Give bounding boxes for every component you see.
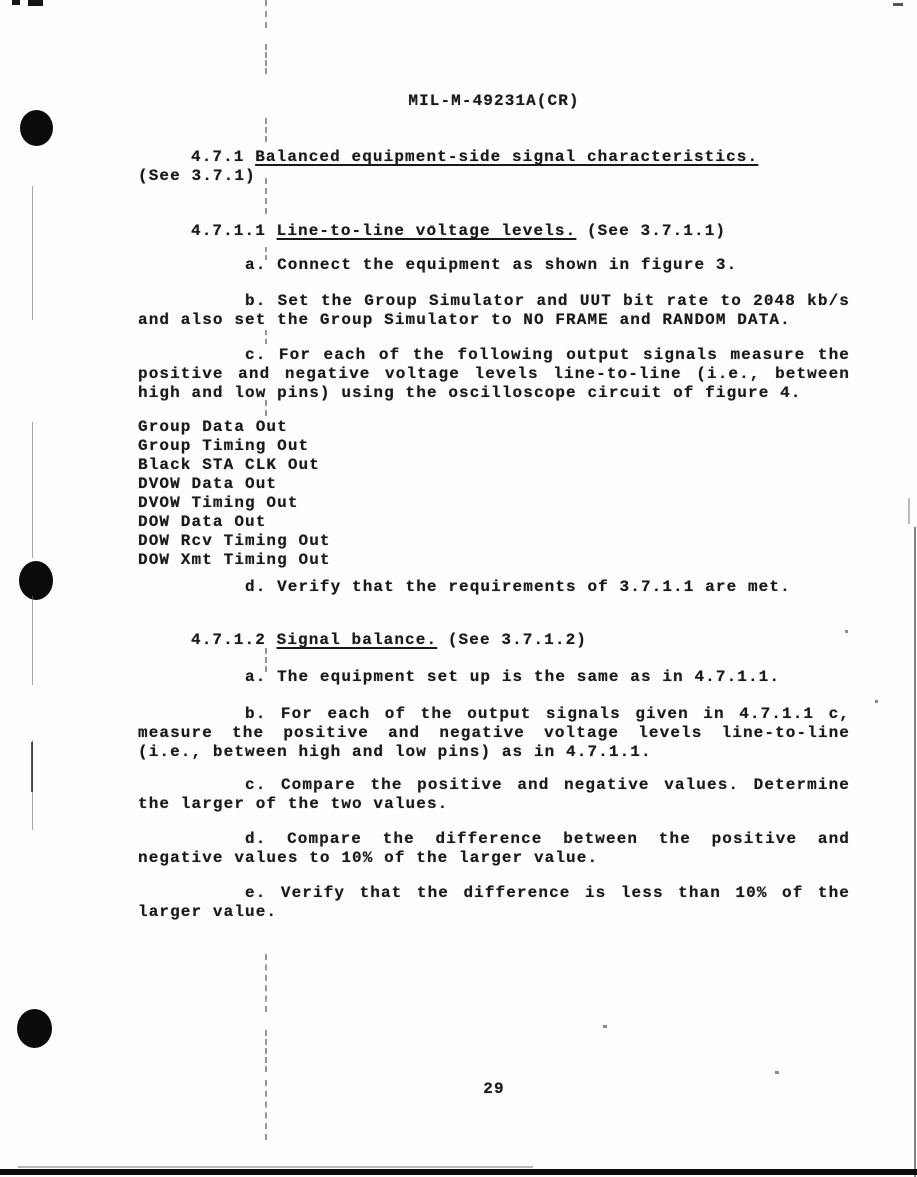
section-heading-4-7-1: 4.7.1 Balanced equipment-side signal cha… bbox=[138, 148, 850, 186]
left-margin-line bbox=[32, 186, 33, 320]
left-margin-line bbox=[31, 742, 33, 792]
see-reference: (See 3.7.1.2) bbox=[448, 631, 587, 649]
signal-item: Black STA CLK Out bbox=[138, 456, 850, 475]
section-title: Line-to-line voltage levels. bbox=[277, 222, 577, 240]
section-heading-4-7-1-2: 4.7.1.2 Signal balance. (See 3.7.1.2) bbox=[138, 631, 850, 650]
bottom-scan-bar bbox=[0, 1169, 917, 1175]
center-fold-line bbox=[265, 44, 267, 74]
see-reference: (See 3.7.1) bbox=[138, 167, 256, 185]
page-number: 29 bbox=[138, 1080, 850, 1099]
signal-item: DOW Data Out bbox=[138, 513, 850, 532]
signal-item: Group Data Out bbox=[138, 418, 850, 437]
scanned-document-page: MIL-M-49231A(CR) 4.7.1 Balanced equipmen… bbox=[0, 0, 917, 1177]
step-paragraph-c: c. For each of the following output sign… bbox=[138, 346, 850, 403]
scan-speck bbox=[875, 700, 878, 703]
center-fold-line bbox=[265, 0, 267, 28]
step-paragraph-b: b. For each of the output signals given … bbox=[138, 705, 850, 762]
step-paragraph-a: a. The equipment set up is the same as i… bbox=[138, 668, 850, 687]
signal-item: Group Timing Out bbox=[138, 437, 850, 456]
right-scan-edge-line bbox=[914, 527, 916, 1177]
step-paragraph-e: e. Verify that the difference is less th… bbox=[138, 884, 850, 922]
signal-item: DOW Rcv Timing Out bbox=[138, 532, 850, 551]
corner-mark bbox=[28, 0, 43, 6]
section-number: 4.7.1.2 bbox=[191, 631, 266, 649]
step-paragraph-d: d. Verify that the requirements of 3.7.1… bbox=[138, 578, 850, 597]
section-number: 4.7.1 bbox=[191, 148, 245, 166]
step-paragraph-d: d. Compare the difference between the po… bbox=[138, 830, 850, 868]
document-body: MIL-M-49231A(CR) 4.7.1 Balanced equipmen… bbox=[138, 92, 850, 1099]
section-heading-4-7-1-1: 4.7.1.1 Line-to-line voltage levels. (Se… bbox=[138, 222, 850, 241]
section-title: Balanced equipment-side signal character… bbox=[255, 148, 758, 166]
scan-speck bbox=[908, 498, 910, 524]
see-reference: (See 3.7.1.1) bbox=[587, 222, 726, 240]
signal-item: DVOW Timing Out bbox=[138, 494, 850, 513]
signal-item: DVOW Data Out bbox=[138, 475, 850, 494]
corner-mark bbox=[12, 0, 20, 5]
hole-punch-mark bbox=[19, 561, 53, 600]
step-paragraph-c: c. Compare the positive and negative val… bbox=[138, 776, 850, 814]
doc-header: MIL-M-49231A(CR) bbox=[138, 92, 850, 111]
signal-list: Group Data Out Group Timing Out Black ST… bbox=[138, 418, 850, 570]
hole-punch-mark bbox=[17, 1009, 52, 1048]
section-title: Signal balance. bbox=[277, 631, 438, 649]
left-margin-line bbox=[32, 596, 33, 685]
step-paragraph-a: a. Connect the equipment as shown in fig… bbox=[138, 256, 850, 275]
left-margin-line bbox=[32, 422, 33, 558]
signal-item: DOW Xmt Timing Out bbox=[138, 551, 850, 570]
corner-mark bbox=[893, 3, 903, 6]
section-number: 4.7.1.1 bbox=[191, 222, 266, 240]
step-paragraph-b: b. Set the Group Simulator and UUT bit r… bbox=[138, 292, 850, 330]
hole-punch-mark bbox=[20, 110, 53, 146]
scan-smear bbox=[18, 1166, 533, 1168]
